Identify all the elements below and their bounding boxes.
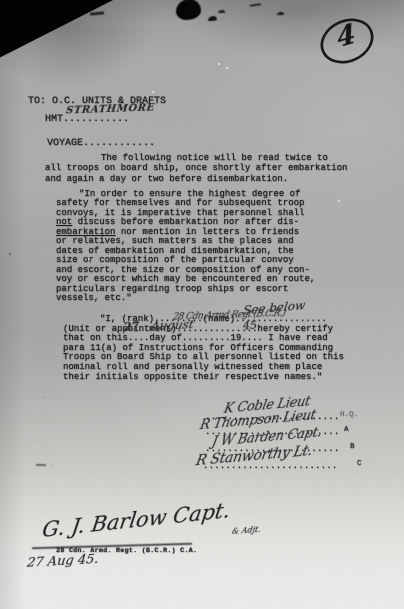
film-grain-overlay [0,0,404,609]
document-page: 4 TO: O.C. UNITS & DRAFTS HMT...........… [0,0,404,609]
